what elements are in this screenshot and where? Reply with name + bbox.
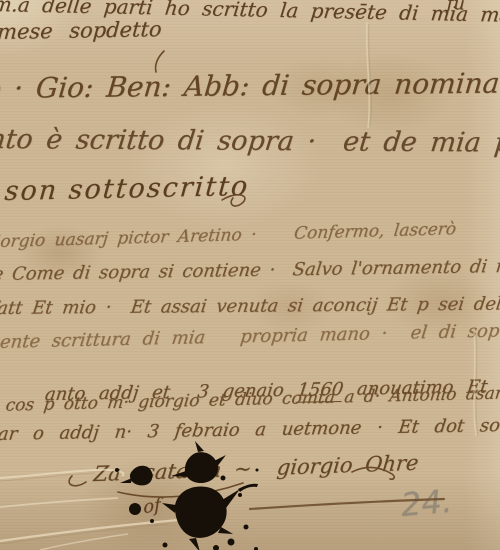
ink-blot-upper <box>185 452 218 483</box>
ink-blot-small-left-spike <box>120 478 132 483</box>
signature-tail-flourish <box>352 468 394 480</box>
ink-spatter <box>115 468 119 472</box>
overlay-graphics <box>0 0 500 550</box>
sottoscritto-flourish <box>222 195 245 206</box>
ink-flourishes <box>69 51 444 509</box>
ink-blot-upper-spike-right <box>214 455 226 468</box>
ink-spatter <box>163 543 168 548</box>
ink-blot-main-drip <box>189 538 200 550</box>
ink-spatter <box>256 469 259 472</box>
stray-pen-stroke <box>156 51 164 72</box>
signature-lead-swash <box>69 476 86 486</box>
ink-blot-upper-spike-left <box>171 470 189 477</box>
ink-spatter <box>221 476 226 481</box>
ink-blot-upper-spike-top <box>195 441 204 452</box>
ink-blot-main-spike-w <box>162 503 176 513</box>
ink-blot-main <box>175 486 227 537</box>
ink-splash-stroke <box>238 484 258 492</box>
ink-blot-small-left <box>130 466 153 486</box>
manuscript-photo: m.a delle parti ho scritto la presēte di… <box>0 0 500 550</box>
ink-blot-dot <box>129 503 141 515</box>
ink-spatter <box>150 519 154 523</box>
ink-blot-main-spike-ne <box>222 489 240 508</box>
ruled-ink-line <box>250 499 444 509</box>
paper-creases <box>0 22 478 550</box>
ink-spatter <box>244 525 249 530</box>
ink-spatter <box>238 493 242 497</box>
ink-spatter <box>213 545 219 550</box>
ink-spatter <box>228 539 235 546</box>
